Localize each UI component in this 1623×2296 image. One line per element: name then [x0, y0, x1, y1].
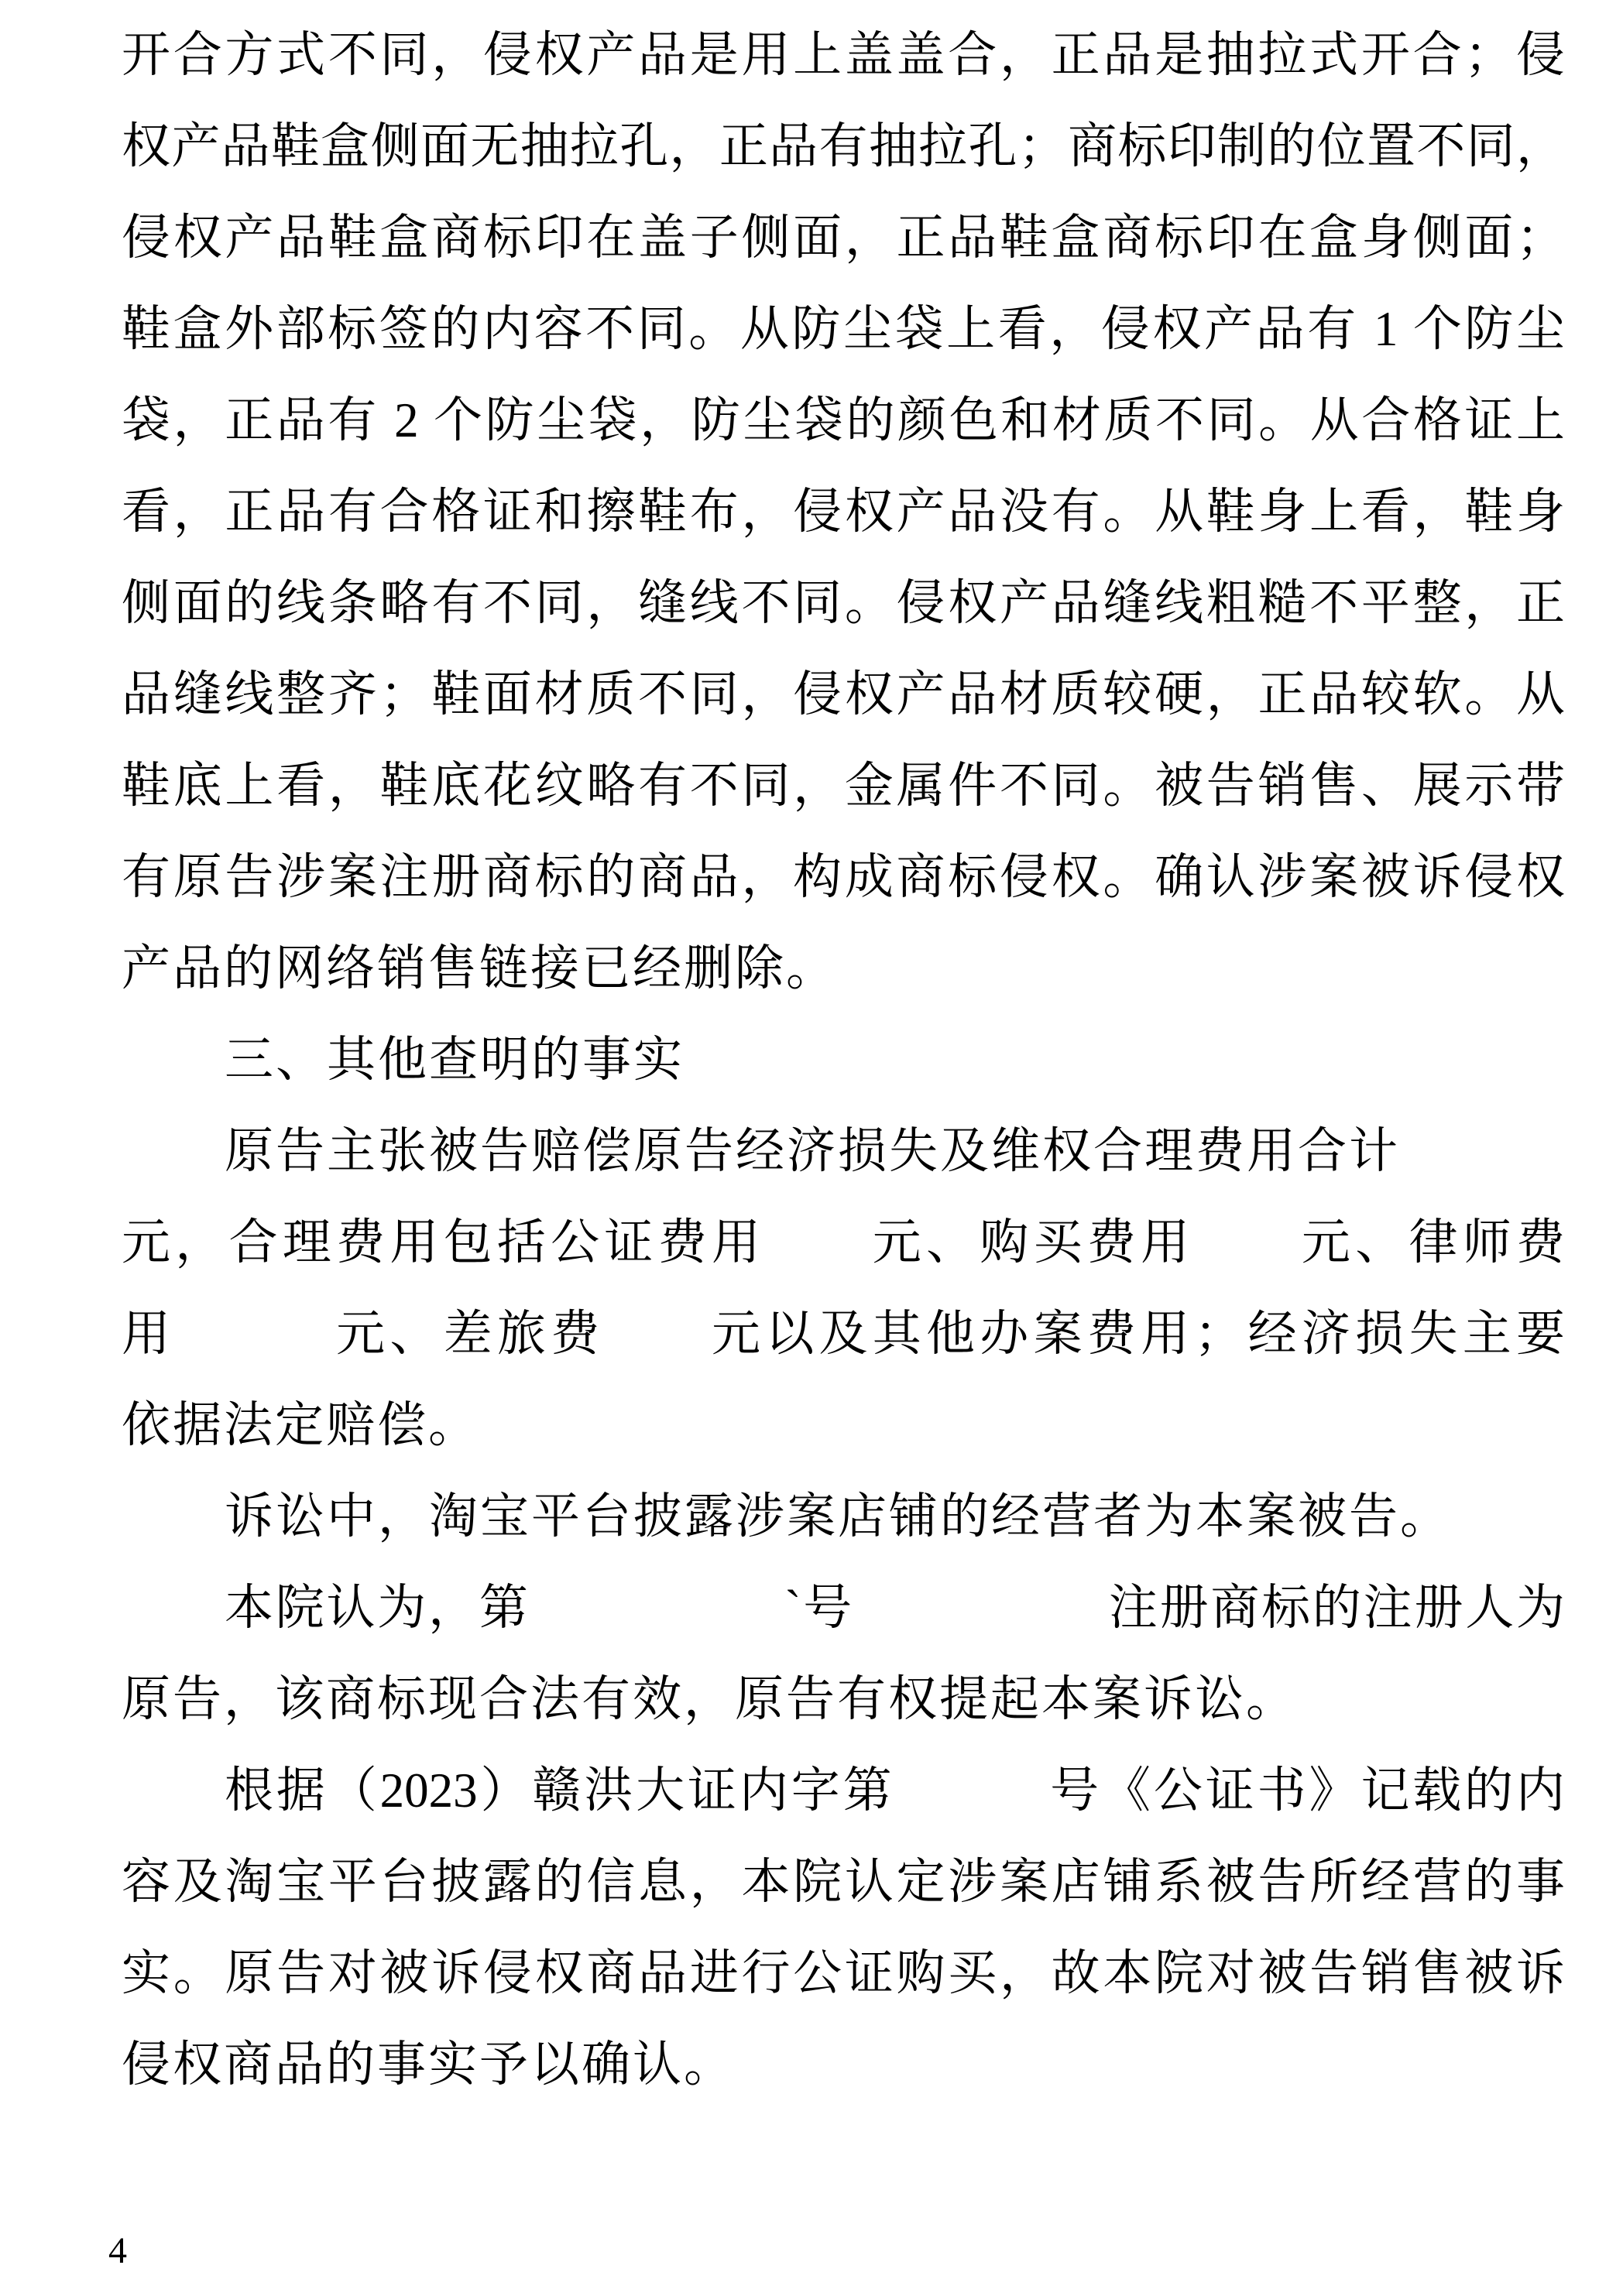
text-line: 权产品鞋盒侧面无抽拉孔，正品有抽拉孔；商标印制的位置不同，: [122, 101, 1565, 192]
text-line: 鞋盒外部标签的内容不同。从防尘袋上看，侵权产品有 1 个防尘: [122, 283, 1565, 375]
text-line: 根据（2023）赣洪大证内字第 号《公证书》记载的内: [122, 1745, 1565, 1836]
text-line: 产品的网络销售链接已经删除。: [122, 923, 1565, 1014]
text-line: 看，正品有合格证和擦鞋布，侵权产品没有。从鞋身上看，鞋身: [122, 466, 1565, 557]
text-line: 用 元、差旅费 元以及其他办案费用；经济损失主要: [122, 1288, 1565, 1379]
judgment-text-block: 开合方式不同，侵权产品是用上盖盖合，正品是抽拉式开合；侵 权产品鞋盒侧面无抽拉孔…: [122, 9, 1565, 2110]
text-line: 侧面的线条略有不同，缝线不同。侵权产品缝线粗糙不平整，正: [122, 557, 1565, 649]
text-line: 原告，该商标现合法有效，原告有权提起本案诉讼。: [122, 1653, 1565, 1745]
text-line: 元，合理费用包括公证费用 元、购买费用 元、律师费: [122, 1197, 1565, 1288]
text-line: 依据法定赔偿。: [122, 1379, 1565, 1471]
text-line: 实。原告对被诉侵权商品进行公证购买，故本院对被告销售被诉: [122, 1928, 1565, 2019]
text-line: 侵权产品鞋盒商标印在盖子侧面，正品鞋盒商标印在盒身侧面；: [122, 192, 1565, 283]
text-line: 诉讼中，淘宝平台披露涉案店铺的经营者为本案被告。: [122, 1471, 1565, 1562]
text-line: 侵权商品的事实予以确认。: [122, 2019, 1565, 2110]
document-page: 开合方式不同，侵权产品是用上盖盖合，正品是抽拉式开合；侵 权产品鞋盒侧面无抽拉孔…: [0, 0, 1623, 2296]
page-number: 4: [108, 2228, 127, 2274]
text-line: 袋，正品有 2 个防尘袋，防尘袋的颜色和材质不同。从合格证上: [122, 375, 1565, 466]
text-line: 容及淘宝平台披露的信息，本院认定涉案店铺系被告所经营的事: [122, 1836, 1565, 1928]
text-line: 原告主张被告赔偿原告经济损失及维权合理费用合计: [122, 1105, 1565, 1197]
text-line: 品缝线整齐；鞋面材质不同，侵权产品材质较硬，正品较软。从: [122, 649, 1565, 740]
text-line: 本院认为，第 `号 注册商标的注册人为: [122, 1562, 1565, 1653]
section-heading: 三、其他查明的事实: [122, 1014, 1565, 1105]
text-line: 开合方式不同，侵权产品是用上盖盖合，正品是抽拉式开合；侵: [122, 9, 1565, 101]
text-line: 鞋底上看，鞋底花纹略有不同，金属件不同。被告销售、展示带: [122, 740, 1565, 831]
text-line: 有原告涉案注册商标的商品，构成商标侵权。确认涉案被诉侵权: [122, 831, 1565, 923]
